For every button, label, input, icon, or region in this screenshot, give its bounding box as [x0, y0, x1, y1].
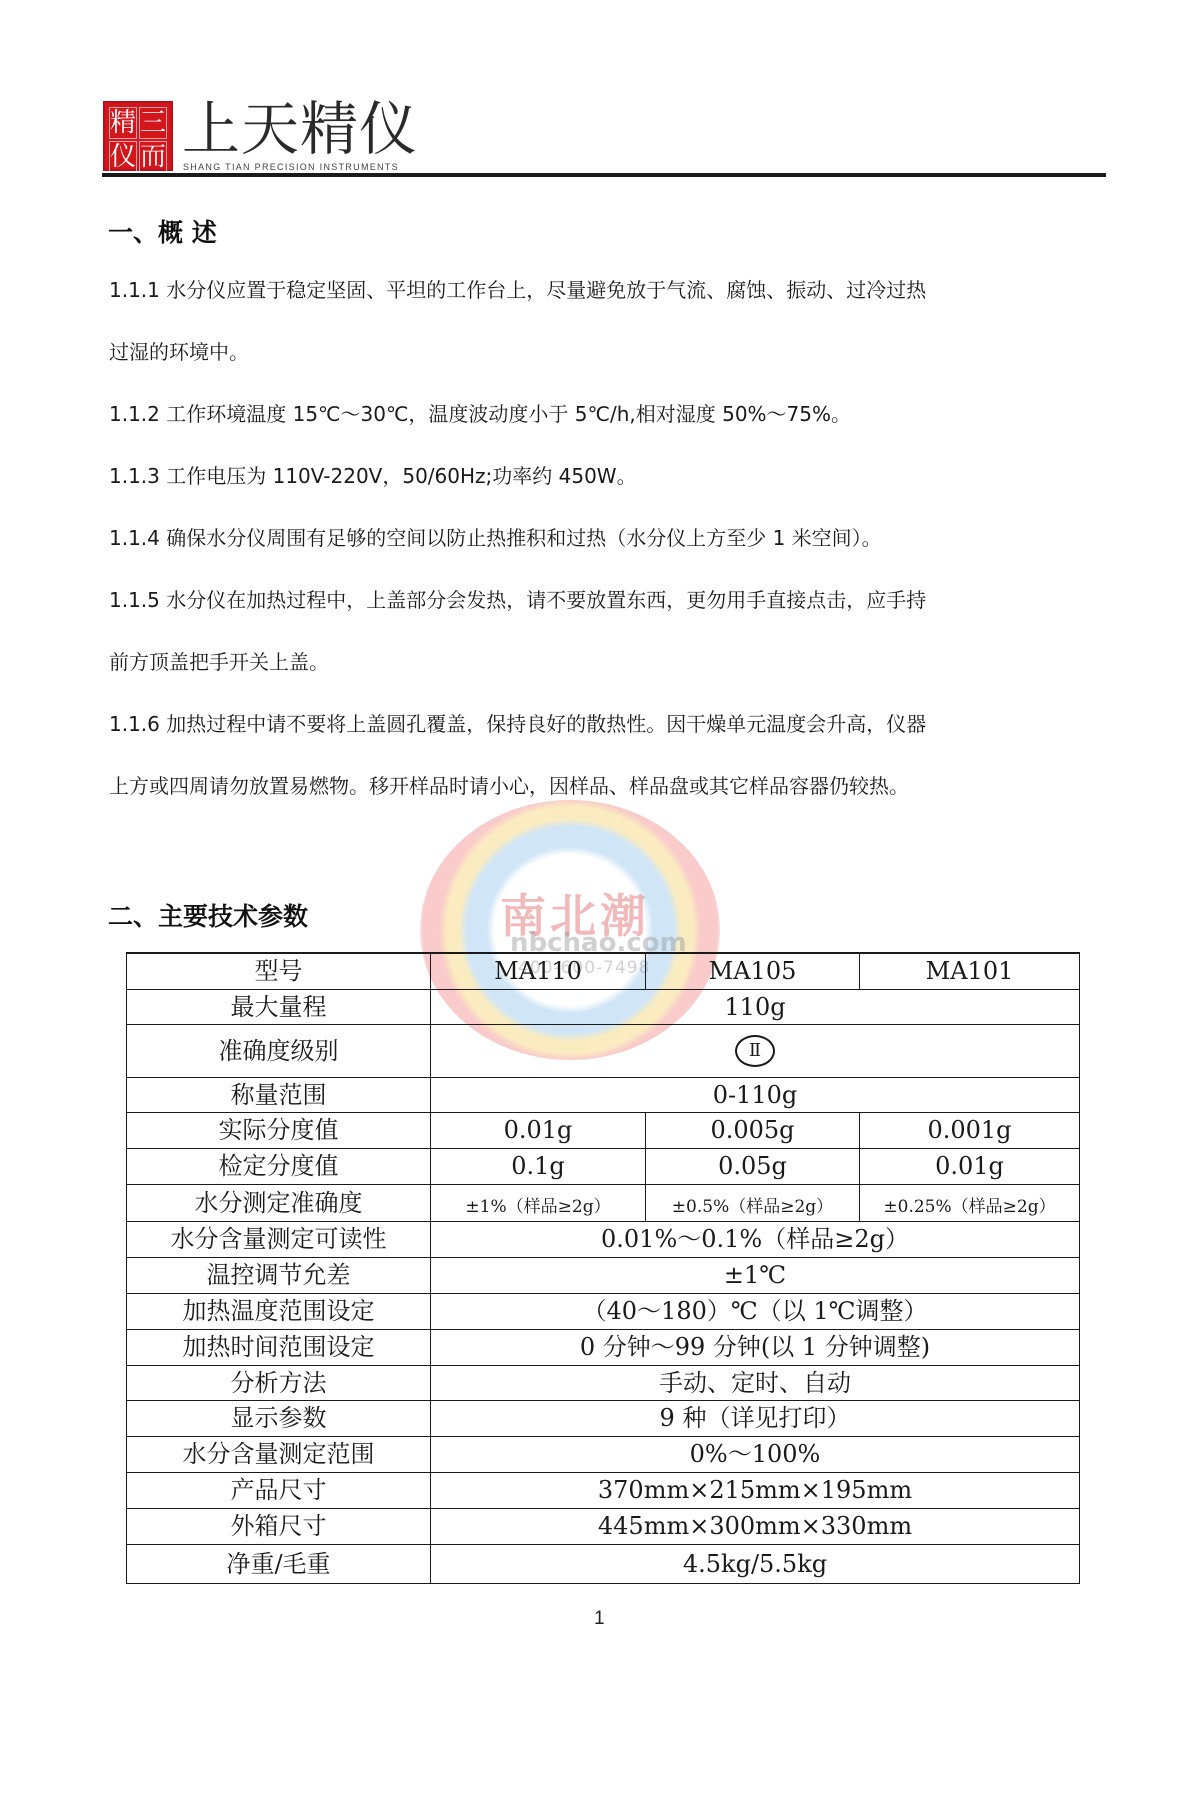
section-title-specs: 二、主要技术参数 — [108, 897, 308, 933]
table-row: 外箱尺寸 445mm×300mm×330mm — [127, 1508, 1080, 1544]
paragraph-line: 前方顶盖把手开关上盖。 — [109, 650, 329, 674]
logo-seal-char: 而 — [139, 141, 167, 173]
header-divider — [102, 173, 1106, 177]
table-row: 称量范围 0-110g — [127, 1077, 1080, 1112]
model-header: MA110 — [431, 953, 646, 989]
spec-table: 型号 MA110 MA105 MA101 最大量程 110g 准确度级别 Ⅱ 称… — [126, 952, 1080, 1584]
row-value: 370mm×215mm×195mm — [431, 1472, 1080, 1508]
table-row: 检定分度值 0.1g 0.05g 0.01g — [127, 1148, 1080, 1184]
row-value: 0 分钟～99 分钟(以 1 分钟调整) — [431, 1329, 1080, 1365]
row-value: Ⅱ — [431, 1024, 1080, 1077]
row-label: 显示参数 — [127, 1400, 431, 1436]
table-row: 实际分度值 0.01g 0.005g 0.001g — [127, 1112, 1080, 1148]
row-value: 手动、定时、自动 — [431, 1365, 1080, 1400]
row-value: 0.01g — [431, 1112, 646, 1148]
table-row: 净重/毛重 4.5kg/5.5kg — [127, 1544, 1080, 1583]
page-number: 1 — [594, 1608, 605, 1630]
row-label: 准确度级别 — [127, 1024, 431, 1077]
row-value: ±0.25%（样品≥2g） — [860, 1184, 1080, 1221]
paragraph-line: 1.1.5 水分仪在加热过程中，上盖部分会发热，请不要放置东西，更勿用手直接点击… — [109, 588, 926, 612]
row-label: 称量范围 — [127, 1077, 431, 1112]
row-value: 0.001g — [860, 1112, 1080, 1148]
accuracy-class-ii-icon: Ⅱ — [735, 1035, 775, 1067]
row-label: 净重/毛重 — [127, 1544, 431, 1583]
row-value: 4.5kg/5.5kg — [431, 1544, 1080, 1583]
row-label: 加热时间范围设定 — [127, 1329, 431, 1365]
table-row: 最大量程 110g — [127, 989, 1080, 1024]
brand-subtitle: SHANG TIAN PRECISION INSTRUMENTS — [183, 162, 399, 172]
model-header: MA105 — [646, 953, 860, 989]
table-row: 水分含量测定可读性 0.01%～0.1%（样品≥2g） — [127, 1221, 1080, 1257]
row-label: 产品尺寸 — [127, 1472, 431, 1508]
paragraph-line: 1.1.1 水分仪应置于稳定坚固、平坦的工作台上，尽量避免放于气流、腐蚀、振动、… — [109, 278, 926, 302]
row-value: ±0.5%（样品≥2g） — [646, 1184, 860, 1221]
row-label: 温控调节允差 — [127, 1257, 431, 1293]
row-value: 0.01g — [860, 1148, 1080, 1184]
row-label: 水分含量测定可读性 — [127, 1221, 431, 1257]
table-row: 加热时间范围设定 0 分钟～99 分钟(以 1 分钟调整) — [127, 1329, 1080, 1365]
row-value: 0%～100% — [431, 1436, 1080, 1472]
row-value: 0.05g — [646, 1148, 860, 1184]
row-value: 0-110g — [431, 1077, 1080, 1112]
row-label: 分析方法 — [127, 1365, 431, 1400]
table-row: 温控调节允差 ±1℃ — [127, 1257, 1080, 1293]
section-title-overview: 一、概 述 — [108, 213, 217, 249]
row-value: 0.01%～0.1%（样品≥2g） — [431, 1221, 1080, 1257]
table-row: 水分测定准确度 ±1%（样品≥2g） ±0.5%（样品≥2g） ±0.25%（样… — [127, 1184, 1080, 1221]
row-label: 加热温度范围设定 — [127, 1293, 431, 1329]
row-value: 0.1g — [431, 1148, 646, 1184]
row-value: 9 种（详见打印） — [431, 1400, 1080, 1436]
row-label: 最大量程 — [127, 989, 431, 1024]
paragraph-line: 1.1.2 工作环境温度 15℃～30℃，温度波动度小于 5℃/h,相对湿度 5… — [109, 402, 851, 426]
table-row: 水分含量测定范围 0%～100% — [127, 1436, 1080, 1472]
logo-seal: 精 三 仪 而 — [103, 101, 173, 171]
paragraph-line: 过湿的环境中。 — [109, 340, 249, 364]
row-label: 检定分度值 — [127, 1148, 431, 1184]
row-value: 110g — [431, 989, 1080, 1024]
table-header-row: 型号 MA110 MA105 MA101 — [127, 953, 1080, 989]
table-header-label: 型号 — [127, 953, 431, 989]
table-row: 产品尺寸 370mm×215mm×195mm — [127, 1472, 1080, 1508]
row-value: ±1℃ — [431, 1257, 1080, 1293]
table-row: 加热温度范围设定 （40～180）℃（以 1℃调整） — [127, 1293, 1080, 1329]
table-row: 准确度级别 Ⅱ — [127, 1024, 1080, 1077]
table-row: 分析方法 手动、定时、自动 — [127, 1365, 1080, 1400]
row-label: 水分测定准确度 — [127, 1184, 431, 1221]
model-header: MA101 — [860, 953, 1080, 989]
paragraph-line: 1.1.4 确保水分仪周围有足够的空间以防止热推积和过热（水分仪上方至少 1 米… — [109, 526, 882, 550]
row-label: 水分含量测定范围 — [127, 1436, 431, 1472]
brand-name: 上天精仪 — [182, 94, 418, 164]
logo-seal-char: 仪 — [109, 141, 137, 173]
row-value: 445mm×300mm×330mm — [431, 1508, 1080, 1544]
paragraph-line: 1.1.3 工作电压为 110V-220V，50/60Hz;功率约 450W。 — [109, 464, 637, 488]
row-value: ±1%（样品≥2g） — [431, 1184, 646, 1221]
table-row: 显示参数 9 种（详见打印） — [127, 1400, 1080, 1436]
paragraph-line: 上方或四周请勿放置易燃物。移开样品时请小心，因样品、样品盘或其它样品容器仍较热。 — [109, 774, 909, 798]
row-label: 外箱尺寸 — [127, 1508, 431, 1544]
row-value: （40～180）℃（以 1℃调整） — [431, 1293, 1080, 1329]
row-label: 实际分度值 — [127, 1112, 431, 1148]
logo-seal-char: 精 — [109, 107, 137, 139]
logo-seal-char: 三 — [139, 107, 167, 139]
paragraph-line: 1.1.6 加热过程中请不要将上盖圆孔覆盖，保持良好的散热性。因干燥单元温度会升… — [109, 712, 926, 736]
row-value: 0.005g — [646, 1112, 860, 1148]
